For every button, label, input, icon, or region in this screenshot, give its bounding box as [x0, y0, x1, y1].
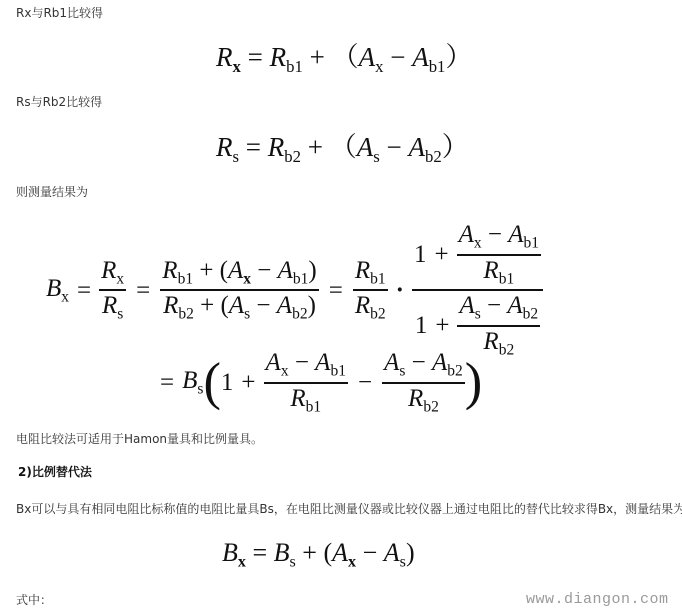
subscript: b1	[286, 57, 303, 76]
subscript: b1	[429, 57, 446, 76]
subscript: x	[375, 57, 383, 76]
fraction-inner-top: Ax − Ab1 Rb1	[457, 222, 541, 287]
plus: +	[302, 538, 317, 567]
subscript: x	[281, 362, 289, 379]
symbol: A	[412, 42, 429, 72]
symbol: R	[101, 257, 116, 284]
open-paren: (	[221, 292, 229, 319]
subscript: b1	[370, 270, 386, 287]
fraction-bar	[353, 289, 388, 291]
fraction-term-2: As − Ab2 Rb2	[382, 350, 465, 415]
equation-bx-expanded: = Bs ( 1 + Ax − Ab1 Rb1 − As − Ab2 Rb2 )	[160, 350, 482, 415]
applicability-text: 电阻比较法可适用于Hamon量具和比例量具。	[16, 432, 263, 446]
equation-rx: Rx = Rb1 + （Ax − Ab1）	[216, 44, 472, 76]
fraction-rb1-rb2: Rb1 Rb2	[353, 258, 388, 323]
equals: =	[160, 370, 174, 395]
symbol: A	[266, 349, 281, 376]
subscript: s	[373, 147, 380, 166]
minus: −	[386, 132, 401, 162]
symbol: R	[355, 292, 370, 319]
minus: −	[488, 221, 502, 248]
symbol: R	[268, 132, 285, 162]
symbol: A	[507, 292, 522, 319]
subscript: b2	[178, 306, 194, 323]
one: 1	[221, 370, 234, 395]
intro-text-rs-rb2: Rs与Rb2比较得	[16, 95, 102, 109]
equals: =	[246, 132, 261, 162]
symbol: A	[459, 292, 474, 319]
fraction-rx-rs: Rx Rs	[99, 258, 126, 323]
symbol: B	[222, 538, 238, 567]
plus: +	[435, 313, 449, 339]
open-paren: （	[330, 132, 357, 162]
equals: =	[136, 278, 150, 303]
equals: =	[77, 278, 91, 303]
equals: =	[329, 278, 343, 303]
close-paren: ）	[442, 132, 469, 162]
intro-text-rx-rb1: Rx与Rb1比较得	[16, 6, 103, 20]
plus: +	[310, 42, 325, 72]
minus: −	[363, 538, 378, 567]
subscript: s	[233, 147, 240, 166]
plus: +	[200, 292, 214, 319]
equals: =	[252, 538, 267, 567]
subscript: b1	[293, 270, 309, 287]
symbol: A	[408, 132, 425, 162]
subscript: b2	[447, 362, 463, 379]
equation-rs: Rs = Rb2 + （As − Ab2）	[216, 134, 469, 166]
multiply-dot: ·	[396, 278, 404, 303]
one: 1	[415, 313, 428, 339]
symbol: A	[359, 42, 376, 72]
symbol: A	[508, 221, 523, 248]
subscript: s	[399, 362, 405, 379]
minus: −	[257, 257, 271, 284]
close-paren: )	[308, 292, 316, 319]
minus: −	[412, 349, 426, 376]
symbol: B	[46, 275, 61, 302]
subscript: s	[290, 554, 296, 571]
symbol: R	[102, 292, 117, 319]
close-paren: )	[406, 538, 415, 567]
symbol: R	[483, 328, 498, 355]
fraction-term-1: Ax − Ab1 Rb1	[264, 350, 348, 415]
fraction-bar	[412, 289, 543, 291]
subscript: b1	[524, 234, 540, 251]
subscript: b1	[499, 270, 515, 287]
open-paren: (	[203, 356, 220, 409]
subscript: b2	[292, 306, 308, 323]
plus: +	[308, 132, 323, 162]
subscript: s	[475, 306, 481, 323]
minus: −	[390, 42, 405, 72]
symbol: A	[357, 132, 374, 162]
symbol: A	[315, 349, 330, 376]
symbol: R	[162, 257, 177, 284]
subscript: x	[238, 554, 246, 571]
subscript: x	[243, 270, 251, 287]
symbol: R	[408, 385, 423, 412]
symbol: A	[432, 349, 447, 376]
symbol: A	[278, 257, 293, 284]
symbol: B	[182, 367, 197, 394]
symbol: R	[355, 257, 370, 284]
subscript: b2	[284, 147, 301, 166]
symbol: A	[384, 349, 399, 376]
subscript: x	[474, 234, 482, 251]
plus: +	[241, 370, 255, 395]
watermark: www.diangon.com	[526, 591, 669, 608]
close-paren: )	[465, 356, 482, 409]
subscript: b1	[330, 362, 346, 379]
subscript: x	[116, 270, 124, 287]
symbol: A	[277, 292, 292, 319]
subscript: s	[117, 306, 123, 323]
equals: =	[248, 42, 263, 72]
fraction-bar	[160, 289, 318, 291]
symbol: A	[229, 292, 244, 319]
close-paren: )	[308, 257, 316, 284]
fraction-inner-bottom: As − Ab2 Rb2	[457, 293, 540, 358]
fraction-bar	[457, 325, 540, 327]
minus: −	[358, 370, 372, 395]
minus: −	[487, 292, 501, 319]
symbol: R	[483, 257, 498, 284]
symbol: R	[216, 132, 233, 162]
fraction-expanded: Rb1 + (Ax − Ab1) Rb2 + (As − Ab2)	[160, 258, 318, 323]
open-paren: (	[323, 538, 332, 567]
subscript: x	[61, 288, 69, 305]
one: 1	[414, 242, 427, 268]
subscript: x	[233, 57, 241, 76]
subscript: b2	[499, 341, 515, 358]
subscript: b2	[425, 147, 442, 166]
section-heading: 2)比例替代法	[18, 465, 92, 479]
subscript: b2	[523, 306, 539, 323]
minus: −	[295, 349, 309, 376]
subscript: b2	[370, 306, 386, 323]
symbol: A	[384, 538, 400, 567]
fraction-bar	[382, 382, 465, 384]
symbol: R	[290, 385, 305, 412]
symbol: R	[270, 42, 287, 72]
fraction-bar	[264, 382, 348, 384]
symbol: A	[459, 221, 474, 248]
equation-bx-substitution: Bx = Bs + (Ax − As)	[222, 540, 415, 571]
substitution-text: Bx可以与具有相同电阻比标称值的电阻比量具Bs，在电阻比测量仪器或比较仪器上通过…	[16, 502, 682, 516]
symbol: B	[274, 538, 290, 567]
fraction-bar	[457, 254, 541, 256]
equation-bx-ratio: Bx = Rx Rs = Rb1 + (Ax − Ab1) Rb2 + (As …	[46, 222, 543, 359]
result-intro-text: 则测量结果为	[16, 185, 88, 199]
open-paren: (	[220, 257, 228, 284]
where-label: 式中：	[16, 593, 52, 607]
subscript: b2	[423, 398, 439, 415]
symbol: A	[228, 257, 243, 284]
subscript: b1	[306, 398, 322, 415]
subscript: s	[244, 306, 250, 323]
symbol: R	[216, 42, 233, 72]
fraction-compound: 1 + Ax − Ab1 Rb1 1 + As − Ab2 Rb2	[412, 222, 543, 359]
fraction-bar	[99, 289, 126, 291]
subscript: x	[348, 554, 356, 571]
open-paren: （	[332, 42, 359, 72]
subscript: b1	[178, 270, 194, 287]
symbol: A	[332, 538, 348, 567]
minus: −	[256, 292, 270, 319]
close-paren: ）	[445, 42, 472, 72]
plus: +	[434, 242, 448, 268]
plus: +	[199, 257, 213, 284]
symbol: R	[163, 292, 178, 319]
